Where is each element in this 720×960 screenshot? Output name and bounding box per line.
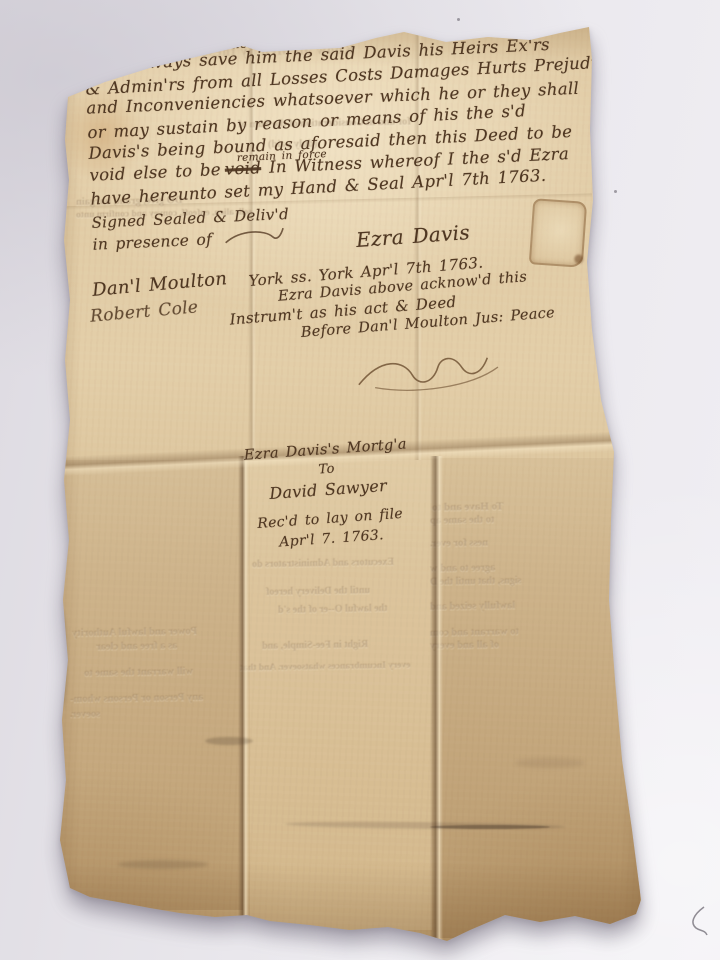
- smudge: [205, 737, 253, 745]
- photo-of-deed: Know all Men by these Presents, That for…: [0, 0, 720, 960]
- caret-insert: remain in force: [236, 143, 327, 169]
- vertical-fold-gap: [430, 456, 443, 940]
- pen-flourish-icon: [223, 225, 286, 248]
- document-shadow-wrapper: Know all Men by these Presents, That for…: [0, 0, 720, 960]
- smudge: [515, 758, 585, 768]
- smudge-streak: [430, 825, 550, 829]
- mortgage-document-page: Know all Men by these Presents, That for…: [0, 0, 720, 960]
- bleed-through-text: Right in Fee-Simple, and: [262, 639, 368, 652]
- deed-body-text: harmless & Indemnify shall always save h…: [84, 32, 605, 256]
- smudge: [118, 860, 208, 869]
- edge-smudge: [56, 612, 66, 707]
- deed-line-text: in presence of: [92, 230, 212, 253]
- bleed-through-text: will warrant the same to: [84, 666, 193, 679]
- bleed-through-text: signs, that until the D: [430, 575, 522, 588]
- bleed-through-text: Power and lawful Authority: [72, 626, 197, 639]
- right-panel-shading: [440, 458, 640, 938]
- bleed-through-text: until the Delivery hereof: [266, 585, 370, 598]
- docket-block: Ezra Davis's Mortg'a To David Sawyer Rec…: [240, 436, 417, 553]
- bleed-through-text: the lawful O--er of the s'd: [278, 603, 388, 616]
- bleed-through-text: any Person or Persons whom-: [70, 692, 204, 705]
- deed-line-part: void else to be: [89, 160, 221, 185]
- left-panel-shading: [55, 460, 243, 910]
- bleed-through-text: to warrant and com: [430, 626, 519, 639]
- bleed-through-text: soever.: [70, 709, 100, 721]
- bleed-through-text: as a free and clear: [96, 640, 178, 652]
